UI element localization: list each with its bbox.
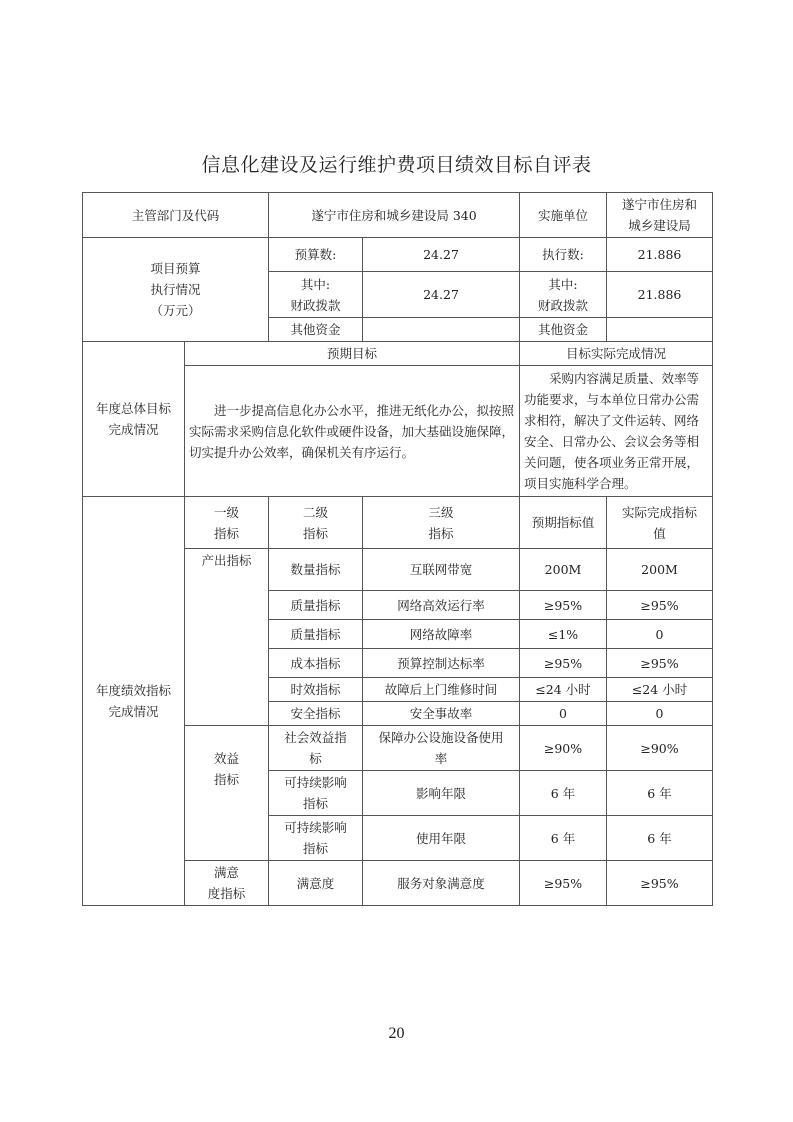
document-title: 信息化建设及运行维护费项目绩效目标自评表: [0, 150, 793, 177]
level3-cell: 服务对象满意度: [363, 861, 520, 906]
level2-cell: 满意度: [269, 861, 363, 906]
actual-value-header: 实际完成指标 值: [607, 497, 713, 549]
fiscal-label-left: 其中: 财政拨款: [269, 272, 363, 318]
fiscal-value-left: 24.27: [363, 272, 520, 318]
level3-header: 三级 指标: [363, 497, 520, 549]
other-label-left: 其他资金: [269, 318, 363, 342]
benefit-indicator-label: 效益 指标: [185, 726, 269, 861]
other-value-left: [363, 318, 520, 342]
exec-label: 执行数:: [520, 238, 607, 272]
level3-cell: 预算控制达标率: [363, 649, 520, 678]
expected-cell: 200M: [520, 549, 607, 591]
annual-goal-label: 年度总体目标 完成情况: [83, 342, 185, 497]
other-label-right: 其他资金: [520, 318, 607, 342]
level2-cell: 可持续影响 指标: [269, 771, 363, 816]
level2-header: 二级 指标: [269, 497, 363, 549]
output-indicator-label: 产出指标: [185, 549, 269, 726]
actual-cell: ≥95%: [607, 861, 713, 906]
level2-cell: 可持续影响 指标: [269, 816, 363, 861]
expected-cell: ≥95%: [520, 649, 607, 678]
dept-label: 主管部门及代码: [83, 193, 269, 238]
actual-cell: 0: [607, 702, 713, 726]
level3-cell: 安全事故率: [363, 702, 520, 726]
expected-cell: 0: [520, 702, 607, 726]
expected-value-header: 预期指标值: [520, 497, 607, 549]
actual-cell: ≥95%: [607, 591, 713, 620]
level2-cell: 社会效益指 标: [269, 726, 363, 771]
exec-value: 21.886: [607, 238, 713, 272]
level3-cell: 互联网带宽: [363, 549, 520, 591]
level3-cell: 保障办公设施设备使用 率: [363, 726, 520, 771]
fiscal-label-right: 其中: 财政拨款: [520, 272, 607, 318]
expected-cell: ≤24 小时: [520, 678, 607, 702]
satisfaction-indicator-label: 满意 度指标: [185, 861, 269, 906]
expected-cell: ≥90%: [520, 726, 607, 771]
expected-goal-text: 进一步提高信息化办公水平，推进无纸化办公，拟按照实际需求采购信息化软件或硬件设备…: [185, 366, 520, 497]
fiscal-value-right: 21.886: [607, 272, 713, 318]
budget-value: 24.27: [363, 238, 520, 272]
expected-goal-header: 预期目标: [185, 342, 520, 366]
level1-header: 一级 指标: [185, 497, 269, 549]
performance-evaluation-table: 主管部门及代码 遂宁市住房和城乡建设局 340 实施单位 遂宁市住房和 城乡建设…: [82, 192, 713, 906]
level2-cell: 时效指标: [269, 678, 363, 702]
level2-cell: 数量指标: [269, 549, 363, 591]
performance-section-label: 年度绩效指标 完成情况: [83, 497, 185, 906]
actual-cell: ≥90%: [607, 726, 713, 771]
actual-cell: 200M: [607, 549, 713, 591]
level3-cell: 影响年限: [363, 771, 520, 816]
annual-goal-header-row: 年度总体目标 完成情况 预期目标 目标实际完成情况: [83, 342, 713, 366]
level2-cell: 质量指标: [269, 591, 363, 620]
level2-cell: 成本指标: [269, 649, 363, 678]
budget-section-label: 项目预算 执行情况 （万元）: [83, 238, 269, 342]
level2-cell: 安全指标: [269, 702, 363, 726]
level3-cell: 网络高效运行率: [363, 591, 520, 620]
actual-cell: 6 年: [607, 771, 713, 816]
other-value-right: [607, 318, 713, 342]
dept-row: 主管部门及代码 遂宁市住房和城乡建设局 340 实施单位 遂宁市住房和 城乡建设…: [83, 193, 713, 238]
actual-cell: ≥95%: [607, 649, 713, 678]
actual-cell: 0: [607, 620, 713, 649]
level3-cell: 使用年限: [363, 816, 520, 861]
expected-cell: ≤1%: [520, 620, 607, 649]
page-number: 20: [0, 1025, 793, 1043]
actual-goal-header: 目标实际完成情况: [520, 342, 713, 366]
actual-cell: ≤24 小时: [607, 678, 713, 702]
level2-cell: 质量指标: [269, 620, 363, 649]
expected-cell: ≥95%: [520, 591, 607, 620]
dept-value: 遂宁市住房和城乡建设局 340: [269, 193, 520, 238]
level3-cell: 故障后上门维修时间: [363, 678, 520, 702]
budget-label: 预算数:: [269, 238, 363, 272]
expected-cell: 6 年: [520, 816, 607, 861]
indicator-header-row: 年度绩效指标 完成情况 一级 指标 二级 指标 三级 指标 预期指标值 实际完成…: [83, 497, 713, 549]
expected-cell: ≥95%: [520, 861, 607, 906]
impl-label: 实施单位: [520, 193, 607, 238]
level3-cell: 网络故障率: [363, 620, 520, 649]
expected-cell: 6 年: [520, 771, 607, 816]
actual-goal-text: 采购内容满足质量、效率等功能要求，与本单位日常办公需求相符，解决了文件运转、网络…: [520, 366, 713, 497]
actual-cell: 6 年: [607, 816, 713, 861]
budget-row: 项目预算 执行情况 （万元） 预算数: 24.27 执行数: 21.886: [83, 238, 713, 272]
impl-value: 遂宁市住房和 城乡建设局: [607, 193, 713, 238]
